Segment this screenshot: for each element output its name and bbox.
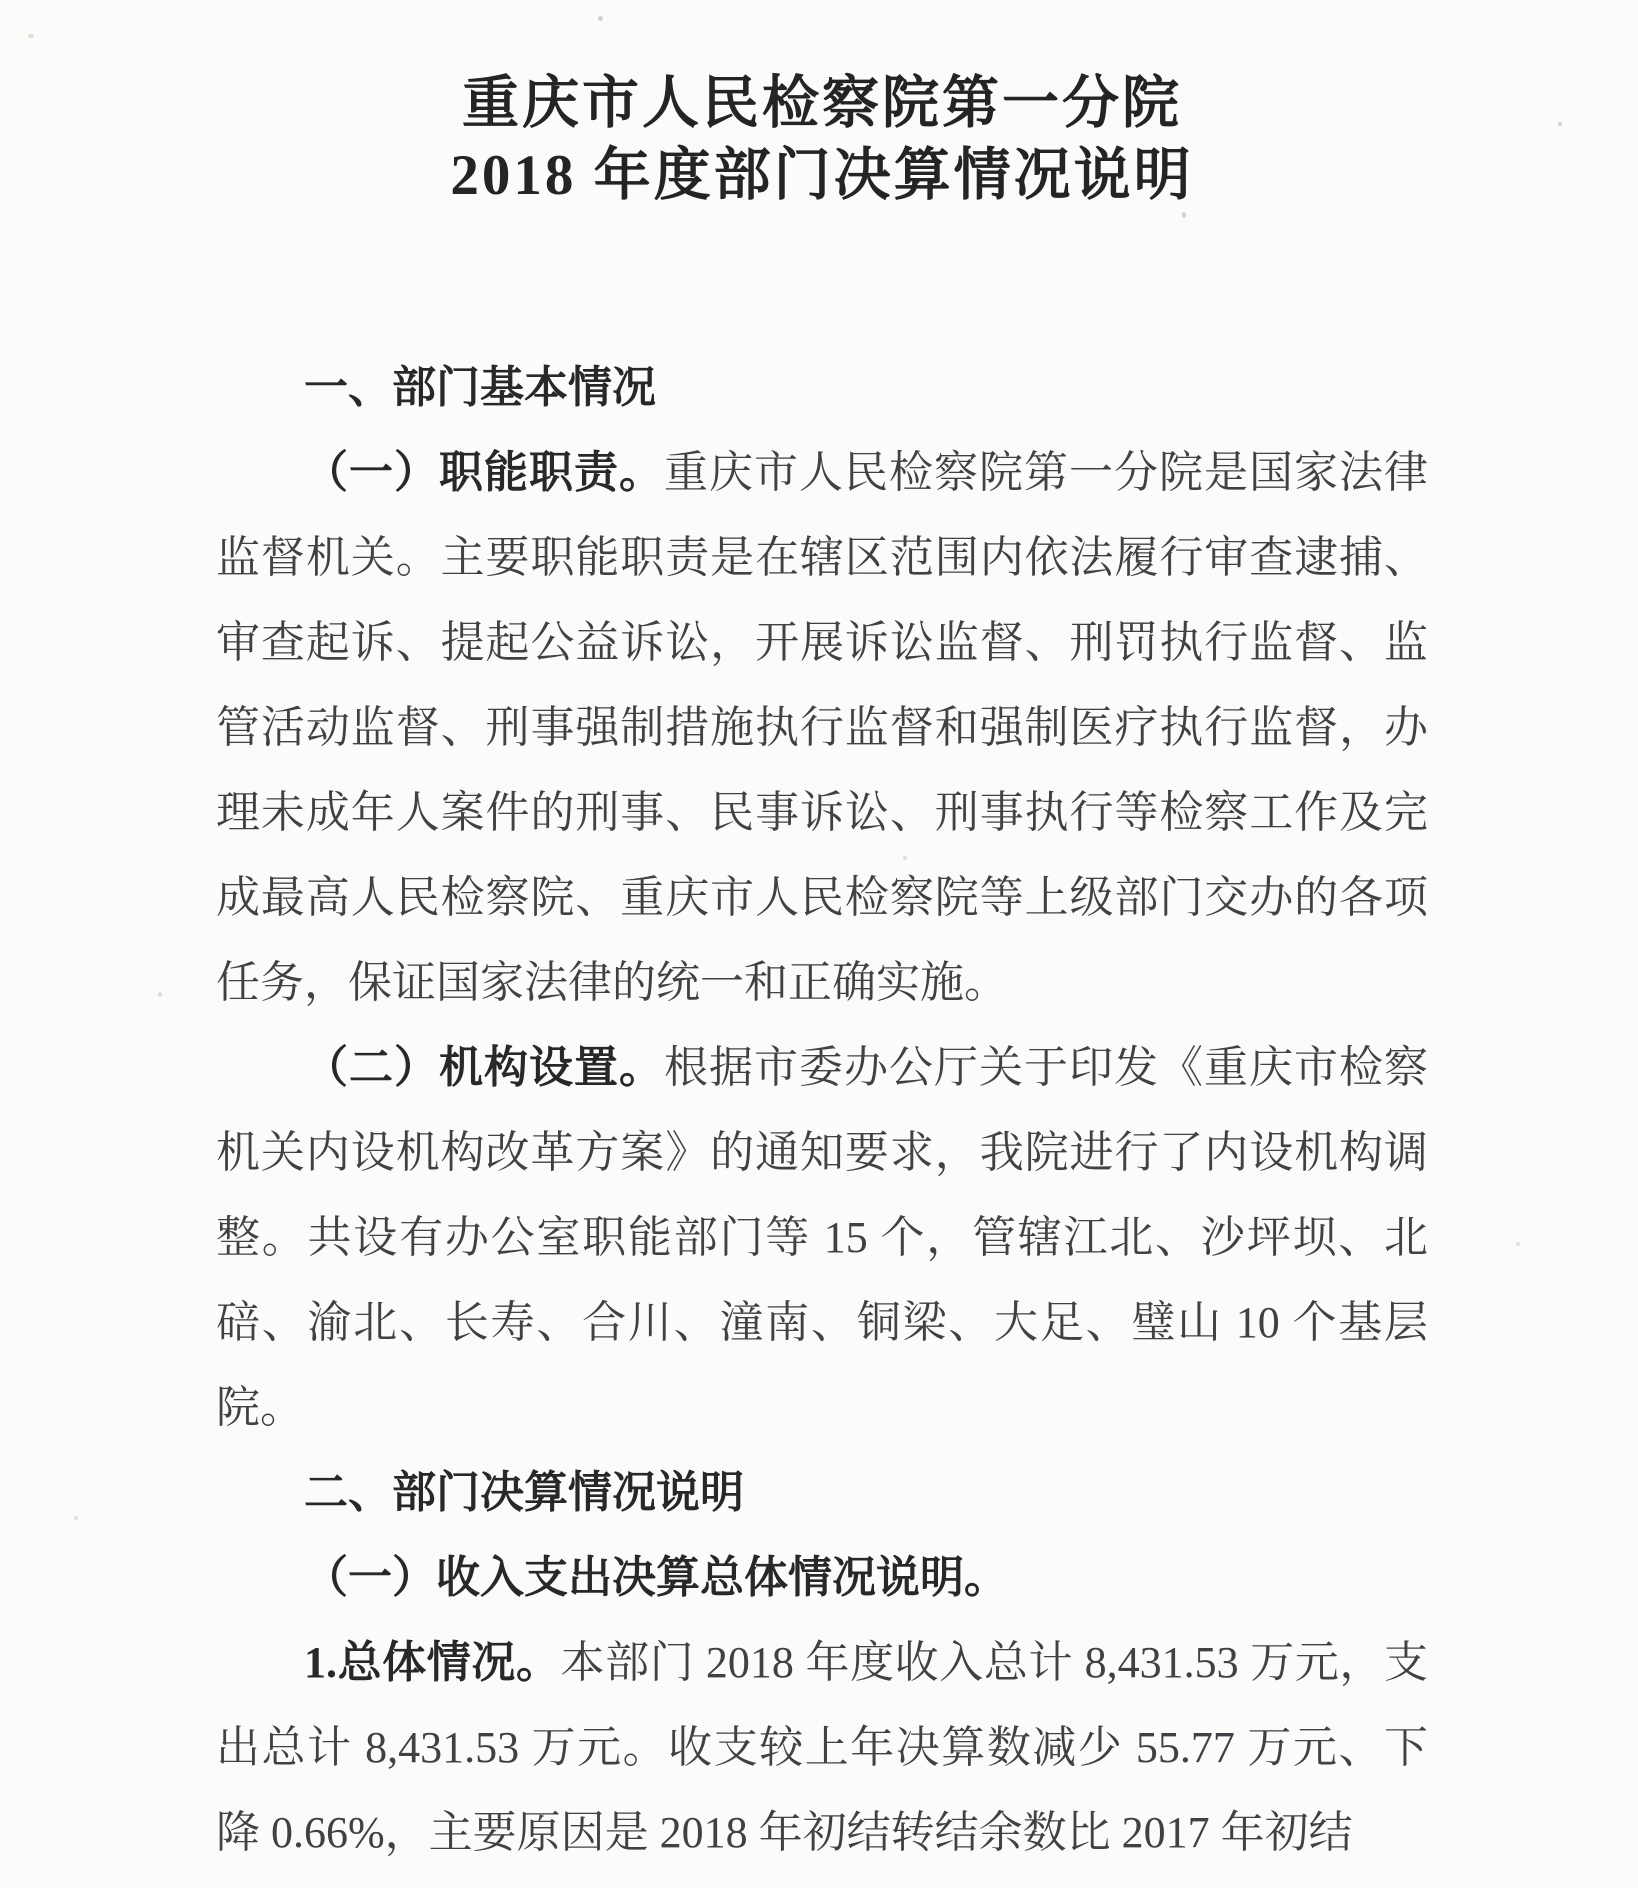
document-title: 重庆市人民检察院第一分院 2018 年度部门决算情况说明 [216,68,1428,212]
scanned-document-page: 重庆市人民检察院第一分院 2018 年度部门决算情况说明 一、部门基本情况 （一… [0,0,1638,1888]
section-heading-final-accounts: 二、部门决算情况说明 [216,1450,1428,1535]
paragraph-functions-duties: （一）职能职责。重庆市人民检察院第一分院是国家法律监督机关。主要职能职责是在辖区… [216,430,1428,1025]
scan-speck [74,1516,78,1520]
scan-speck [1516,1242,1520,1246]
paragraph-overall-situation-lead: 1.总体情况。 [304,1638,561,1687]
scan-speck [1558,122,1562,126]
subsection-heading-income-expenditure-overview: （一）收入支出决算总体情况说明。 [216,1535,1428,1620]
document-title-line1: 重庆市人民检察院第一分院 [216,68,1428,140]
scan-speck [598,16,603,21]
scan-speck [1182,212,1186,218]
document-body: 一、部门基本情况 （一）职能职责。重庆市人民检察院第一分院是国家法律监督机关。主… [216,345,1428,1875]
paragraph-overall-situation: 1.总体情况。本部门 2018 年度收入总计 8,431.53 万元，支出总计 … [216,1620,1428,1875]
paragraph-functions-duties-lead: （一）职能职责。 [304,448,664,497]
paragraph-functions-duties-text: 重庆市人民检察院第一分院是国家法律监督机关。主要职能职责是在辖区范围内依法履行审… [216,448,1428,1007]
scan-speck [903,856,907,860]
scan-speck [28,34,34,38]
paragraph-organization-setup-text: 根据市委办公厅关于印发《重庆市检察机关内设机构改革方案》的通知要求，我院进行了内… [216,1043,1428,1432]
scan-speck [158,992,162,997]
paragraph-organization-setup: （二）机构设置。根据市委办公厅关于印发《重庆市检察机关内设机构改革方案》的通知要… [216,1025,1428,1450]
paragraph-organization-setup-lead: （二）机构设置。 [304,1043,664,1092]
document-title-line2: 2018 年度部门决算情况说明 [216,140,1428,212]
section-heading-department-basic-info: 一、部门基本情况 [216,345,1428,430]
